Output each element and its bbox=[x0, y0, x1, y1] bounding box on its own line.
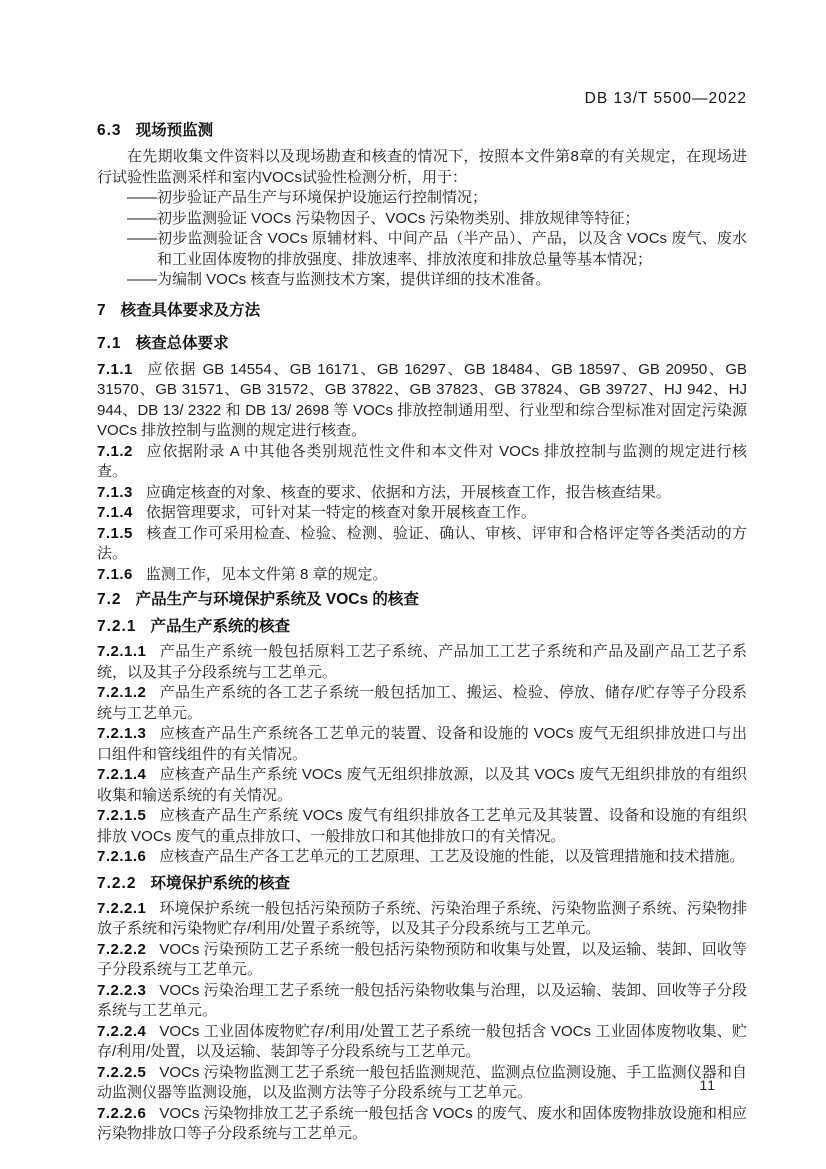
clause-number: 7.2.2.6 bbox=[97, 1105, 146, 1122]
clause-text: VOCs 污染物排放工艺子系统一般包括含 VOCs 的废气、废水和固体废物排放设… bbox=[97, 1105, 747, 1143]
clause-number: 7.2.1.3 bbox=[97, 725, 146, 742]
clause-text: VOCs 污染治理工艺子系统一般包括污染物收集与治理，以及运输、装卸、回收等子分… bbox=[97, 982, 747, 1020]
clause-7-2-2-5: 7.2.2.5VOCs 污染物监测工艺子系统一般包括监测规范、监测点位监测设施、… bbox=[97, 1063, 747, 1104]
clause-7-1-4: 7.1.4依据管理要求，可针对某一特定的核查对象开展核查工作。 bbox=[97, 503, 747, 524]
clause-7-2-1-4: 7.2.1.4应核查产品生产系统 VOCs 废气无组织排放源，以及其 VOCs … bbox=[97, 765, 747, 806]
page-number: 11 bbox=[699, 1077, 716, 1093]
heading-7-1: 7.1核查总体要求 bbox=[97, 333, 747, 355]
clause-text: 监测工作，见本文件第 8 章的规定。 bbox=[146, 566, 388, 583]
clause-number: 7.1.6 bbox=[97, 566, 133, 583]
clause-number: 7.1.3 bbox=[97, 484, 133, 501]
clause-text: 应核查产品生产系统各工艺单元的装置、设备和设施的 VOCs 废气无组织排放进口与… bbox=[97, 725, 747, 763]
clause-number: 7.2.2.3 bbox=[97, 982, 146, 999]
clause-7-1-3: 7.1.3应确定核查的对象、核查的要求、依据和方法，开展核查工作，报告核查结果。 bbox=[97, 483, 747, 504]
clause-7-1-1: 7.1.1应依据 GB 14554、GB 16171、GB 16297、GB 1… bbox=[97, 360, 747, 442]
heading-number: 7.2.2 bbox=[97, 875, 136, 892]
heading-title: 产品生产与环境保护系统及 VOCs 的核查 bbox=[136, 591, 419, 608]
document-page: DB 13/T 5500—2022 6.3现场预监测 在先期收集文件资料以及现场… bbox=[0, 0, 826, 1169]
clause-text: 应确定核查的对象、核查的要求、依据和方法，开展核查工作，报告核查结果。 bbox=[146, 484, 671, 501]
clause-number: 7.1.1 bbox=[97, 361, 133, 378]
heading-title: 产品生产系统的核查 bbox=[150, 618, 290, 635]
dash-list-item: ——初步监测验证含 VOCs 原辅材料、中间产品（半产品）、产品，以及含 VOC… bbox=[97, 229, 747, 270]
clause-number: 7.2.1.1 bbox=[97, 643, 146, 660]
dash-list-item: ——初步监测验证 VOCs 污染物因子、VOCs 污染物类别、排放规律等特征； bbox=[97, 209, 747, 230]
doc-code: DB 13/T 5500—2022 bbox=[97, 90, 747, 108]
clause-7-2-2-3: 7.2.2.3VOCs 污染治理工艺子系统一般包括污染物收集与治理，以及运输、装… bbox=[97, 981, 747, 1022]
clause-7-1-5: 7.1.5核查工作可采用检查、检验、检测、验证、确认、审核、评审和合格评定等各类… bbox=[97, 524, 747, 565]
heading-number: 7.2.1 bbox=[97, 618, 136, 635]
clause-text: 产品生产系统一般包括原料工艺子系统、产品加工工艺子系统和产品及副产品工艺子系统，… bbox=[97, 643, 747, 681]
clause-text: 应核查产品生产系统 VOCs 废气有组织排放各工艺单元及其装置、设备和设施的有组… bbox=[97, 807, 747, 845]
clause-text: VOCs 工业固体废物贮存/利用/处置工艺子系统一般包括含 VOCs 工业固体废… bbox=[97, 1023, 747, 1061]
heading-title: 环境保护系统的核查 bbox=[150, 875, 290, 892]
clause-7-2-2-4: 7.2.2.4VOCs 工业固体废物贮存/利用/处置工艺子系统一般包括含 VOC… bbox=[97, 1022, 747, 1063]
clause-7-2-1-1: 7.2.1.1产品生产系统一般包括原料工艺子系统、产品加工工艺子系统和产品及副产… bbox=[97, 642, 747, 683]
heading-number: 6.3 bbox=[97, 122, 122, 139]
clause-text: VOCs 污染物监测工艺子系统一般包括监测规范、监测点位监测设施、手工监测仪器和… bbox=[97, 1064, 747, 1102]
heading-7-2-1: 7.2.1产品生产系统的核查 bbox=[97, 616, 747, 638]
clause-number: 7.2.1.4 bbox=[97, 766, 146, 783]
clause-7-2-1-2: 7.2.1.2产品生产系统的各工艺子系统一般包括加工、搬运、检验、停放、储存/贮… bbox=[97, 683, 747, 724]
clause-text: 应依据附录 A 中其他各类别规范性文件和本文件对 VOCs 排放控制与监测的规定… bbox=[97, 443, 747, 481]
clause-text: 应核查产品生产各工艺单元的工艺原理、工艺及设施的性能，以及管理措施和技术措施。 bbox=[159, 848, 744, 865]
heading-title: 核查具体要求及方法 bbox=[121, 302, 261, 319]
clause-7-2-2-1: 7.2.2.1环境保护系统一般包括污染预防子系统、污染治理子系统、污染物监测子系… bbox=[97, 899, 747, 940]
heading-7-2: 7.2产品生产与环境保护系统及 VOCs 的核查 bbox=[97, 589, 747, 611]
clause-text: 核查工作可采用检查、检验、检测、验证、确认、审核、评审和合格评定等各类活动的方法… bbox=[97, 525, 747, 563]
heading-title: 核查总体要求 bbox=[136, 335, 229, 352]
clause-7-2-1-6: 7.2.1.6应核查产品生产各工艺单元的工艺原理、工艺及设施的性能，以及管理措施… bbox=[97, 847, 747, 868]
page-content: DB 13/T 5500—2022 6.3现场预监测 在先期收集文件资料以及现场… bbox=[97, 90, 747, 1145]
heading-title: 现场预监测 bbox=[136, 122, 214, 139]
clause-7-2-2-6: 7.2.2.6VOCs 污染物排放工艺子系统一般包括含 VOCs 的废气、废水和… bbox=[97, 1104, 747, 1145]
heading-7-2-2: 7.2.2环境保护系统的核查 bbox=[97, 873, 747, 895]
heading-number: 7.1 bbox=[97, 335, 122, 352]
clause-number: 7.2.2.1 bbox=[97, 900, 146, 917]
clause-number: 7.1.5 bbox=[97, 525, 133, 542]
clause-7-2-1-3: 7.2.1.3应核查产品生产系统各工艺单元的装置、设备和设施的 VOCs 废气无… bbox=[97, 724, 747, 765]
intro-paragraph: 在先期收集文件资料以及现场勘查和核查的情况下，按照本文件第8章的有关规定，在现场… bbox=[97, 147, 747, 188]
clause-text: 应依据 GB 14554、GB 16171、GB 16297、GB 18484、… bbox=[97, 361, 747, 440]
clause-number: 7.1.4 bbox=[97, 504, 133, 521]
clause-text: 应核查产品生产系统 VOCs 废气无组织排放源，以及其 VOCs 废气无组织排放… bbox=[97, 766, 747, 804]
clause-number: 7.2.1.6 bbox=[97, 848, 146, 865]
dash-list-item: ——为编制 VOCs 核查与监测技术方案，提供详细的技术准备。 bbox=[97, 270, 747, 291]
clause-text: 依据管理要求，可针对某一特定的核查对象开展核查工作。 bbox=[146, 504, 536, 521]
heading-number: 7 bbox=[97, 302, 107, 319]
heading-number: 7.2 bbox=[97, 591, 122, 608]
clause-number: 7.1.2 bbox=[97, 443, 133, 460]
clause-number: 7.2.2.5 bbox=[97, 1064, 146, 1081]
clause-7-1-2: 7.1.2应依据附录 A 中其他各类别规范性文件和本文件对 VOCs 排放控制与… bbox=[97, 442, 747, 483]
clause-text: 环境保护系统一般包括污染预防子系统、污染治理子系统、污染物监测子系统、污染物排放… bbox=[97, 900, 747, 938]
heading-7: 7核查具体要求及方法 bbox=[97, 300, 747, 322]
clause-number: 7.2.2.2 bbox=[97, 941, 146, 958]
clause-text: 产品生产系统的各工艺子系统一般包括加工、搬运、检验、停放、储存/贮存等子分段系统… bbox=[97, 684, 747, 722]
clause-7-1-6: 7.1.6监测工作，见本文件第 8 章的规定。 bbox=[97, 565, 747, 586]
clause-number: 7.2.2.4 bbox=[97, 1023, 146, 1040]
clause-7-2-2-2: 7.2.2.2VOCs 污染预防工艺子系统一般包括污染物预防和收集与处置，以及运… bbox=[97, 940, 747, 981]
dash-list-item: ——初步验证产品生产与环境保护设施运行控制情况； bbox=[97, 188, 747, 209]
clause-7-2-1-5: 7.2.1.5应核查产品生产系统 VOCs 废气有组织排放各工艺单元及其装置、设… bbox=[97, 806, 747, 847]
heading-6-3: 6.3现场预监测 bbox=[97, 120, 747, 142]
clause-number: 7.2.1.5 bbox=[97, 807, 146, 824]
clause-number: 7.2.1.2 bbox=[97, 684, 146, 701]
clause-text: VOCs 污染预防工艺子系统一般包括污染物预防和收集与处置，以及运输、装卸、回收… bbox=[97, 941, 747, 979]
